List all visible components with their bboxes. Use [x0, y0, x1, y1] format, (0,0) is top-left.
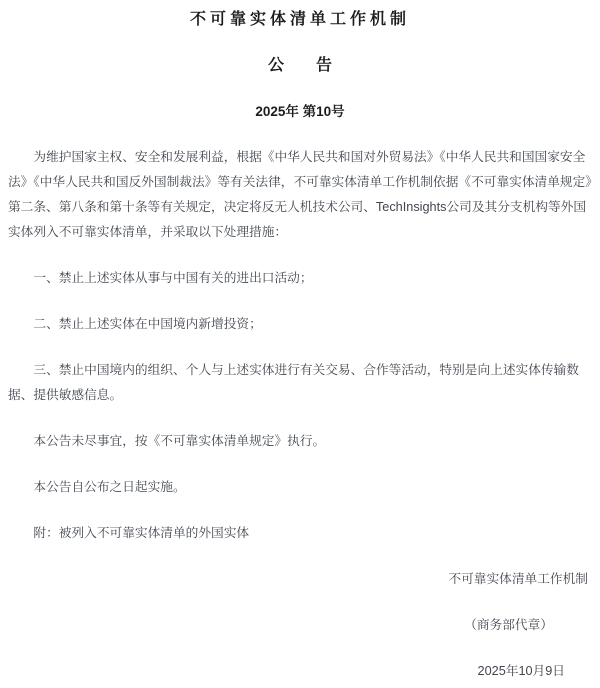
issuer-title: 不可靠实体清单工作机制 [8, 7, 592, 32]
doc-type-heading: 公 告 [8, 53, 592, 78]
intro-paragraph: 为维护国家主权、安全和发展利益，根据《中华人民共和国对外贸易法》《中华人民共和国… [8, 145, 592, 245]
announcement-document: 不可靠实体清单工作机制 公 告 2025年 第10号 为维护国家主权、安全和发展… [0, 0, 600, 688]
closing-paragraph-2: 本公告自公布之日起实施。 [8, 475, 592, 500]
signature-seal-note: （商务部代章） [8, 613, 592, 638]
closing-paragraph-1: 本公告未尽事宜，按《不可靠实体清单规定》执行。 [8, 429, 592, 454]
attachment-note: 附：被列入不可靠实体清单的外国实体 [8, 521, 592, 546]
signature-issuer: 不可靠实体清单工作机制 [8, 567, 592, 592]
doc-number: 2025年 第10号 [8, 99, 592, 124]
measure-item-3: 三、禁止中国境内的组织、个人与上述实体进行有关交易、合作等活动，特别是向上述实体… [8, 358, 592, 408]
measure-item-2: 二、禁止上述实体在中国境内新增投资； [8, 312, 592, 337]
measure-item-1: 一、禁止上述实体从事与中国有关的进出口活动； [8, 266, 592, 291]
signature-date: 2025年10月9日 [8, 659, 592, 684]
